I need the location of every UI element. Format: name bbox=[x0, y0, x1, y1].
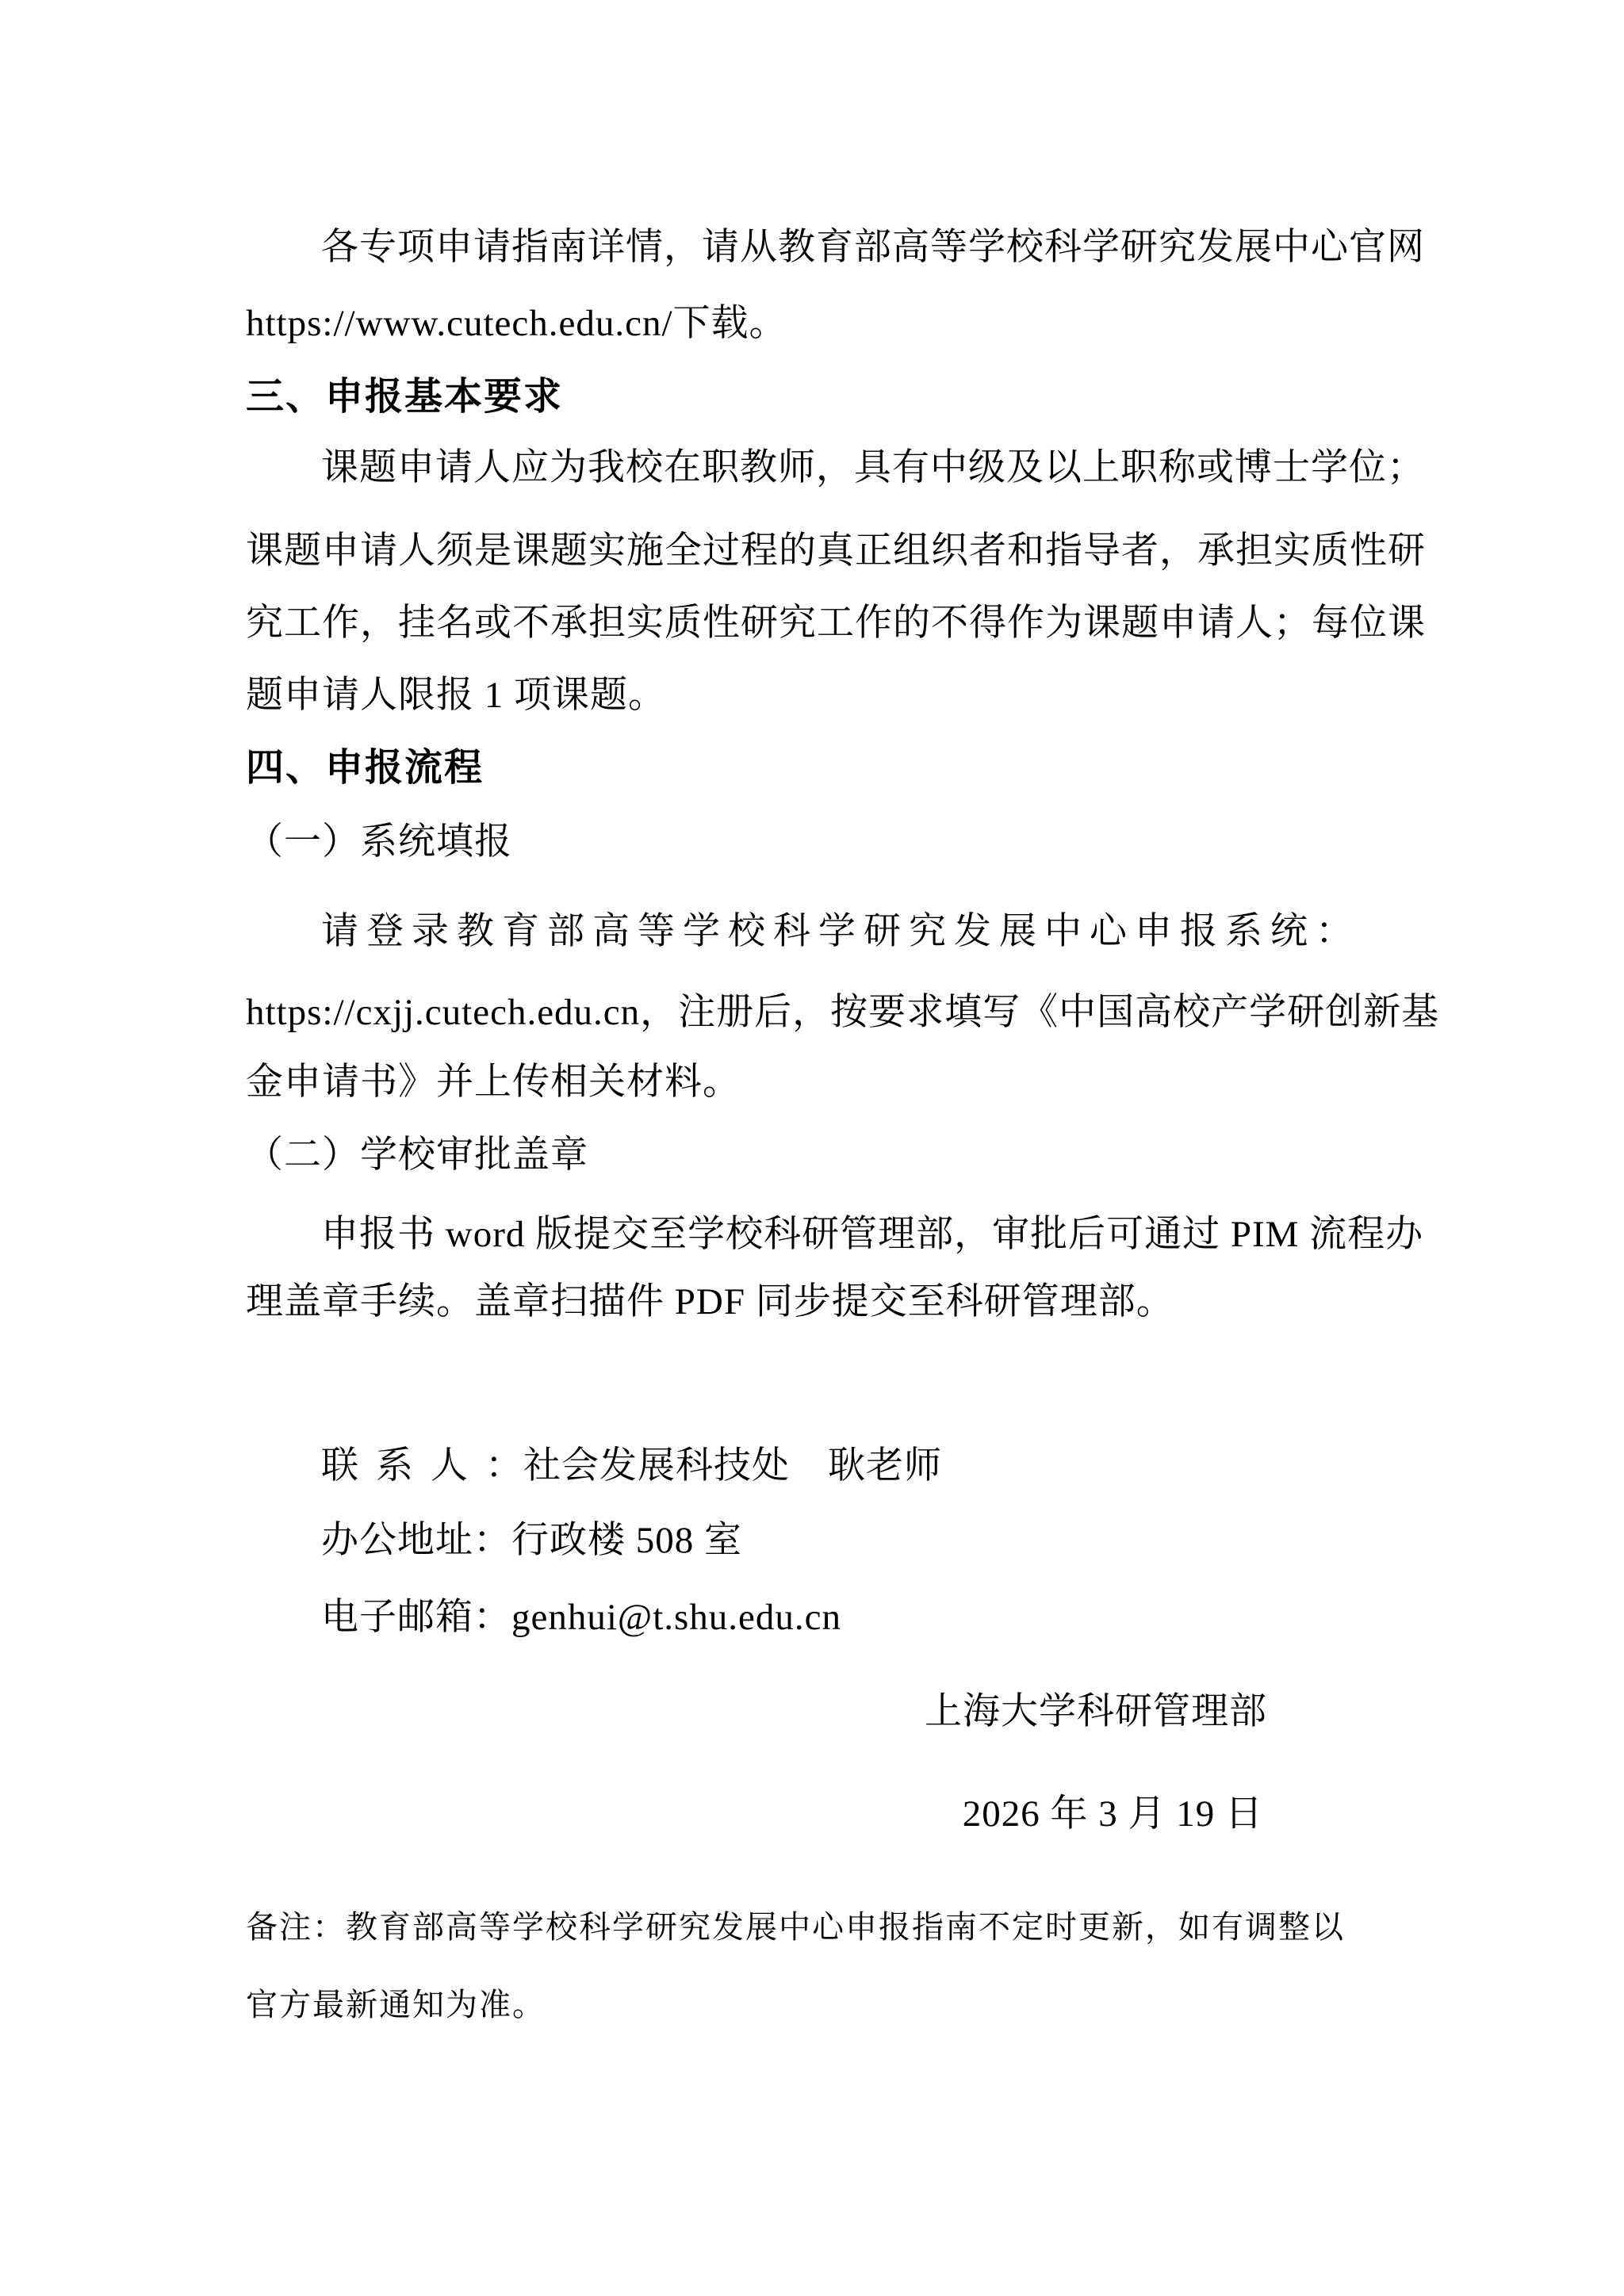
subsection-1-line-3: 金申请书》并上传相关材料。 bbox=[246, 1045, 1364, 1120]
section-3-line-4: 题申请人限报 1 项课题。 bbox=[246, 658, 1364, 733]
document-page: 各专项申请指南详情，请从教育部高等学校科学研究发展中心官网 https://ww… bbox=[0, 0, 1624, 2296]
contact-person-label: 联系人 bbox=[321, 1445, 485, 1487]
contact-person-line: 联系人：社会发展科技处耿老师 bbox=[246, 1429, 1439, 1504]
subsection-2-line-2: 理盖章手续。盖章扫描件 PDF 同步提交至科研管理部。 bbox=[246, 1265, 1364, 1340]
signature-date: 2026 年 3 月 19 日 bbox=[963, 1777, 1263, 1852]
subsection-1-heading: （一）系统填报 bbox=[246, 805, 1364, 880]
footnote-line-1: 备注：教育部高等学校科学研究发展中心申报指南不定时更新，如有调整以 bbox=[246, 1894, 1364, 1961]
section-3-line-3: 究工作，挂名或不承担实质性研究工作的不得作为课题申请人；每位课 bbox=[246, 586, 1364, 661]
contact-person-name: 耿老师 bbox=[828, 1445, 942, 1487]
subsection-2-line-1: 申报书 word 版提交至学校科研管理部，审批后可通过 PIM 流程办 bbox=[246, 1197, 1439, 1272]
subsection-1-line-2-url: https://cxjj.cutech.edu.cn，注册后，按要求填写《中国高… bbox=[246, 975, 1364, 1050]
contact-person-colon: ： bbox=[485, 1445, 523, 1487]
contact-person-value: 社会发展科技处 bbox=[523, 1445, 790, 1487]
contact-email-line: 电子邮箱：genhui@t.shu.edu.cn bbox=[246, 1580, 1439, 1655]
section-3-heading: 三、申报基本要求 bbox=[246, 359, 1364, 434]
intro-paragraph-line-2-url: https://www.cutech.edu.cn/下载。 bbox=[246, 286, 1364, 362]
contact-address-line: 办公地址：行政楼 508 室 bbox=[246, 1503, 1439, 1578]
intro-paragraph-line-1: 各专项申请指南详情，请从教育部高等学校科学研究发展中心官网 bbox=[246, 210, 1439, 285]
section-3-line-2: 课题申请人须是课题实施全过程的真正组织者和指导者，承担实质性研 bbox=[246, 514, 1364, 589]
section-3-line-1: 课题申请人应为我校在职教师，具有中级及以上职称或博士学位； bbox=[246, 430, 1439, 506]
footnote-line-2: 官方最新通知为准。 bbox=[246, 1972, 1364, 2038]
subsection-2-heading: （二）学校审批盖章 bbox=[246, 1118, 1364, 1193]
subsection-1-line-1: 请登录教育部高等学校科学研究发展中心申报系统： bbox=[246, 894, 1439, 970]
section-4-heading: 四、申报流程 bbox=[246, 730, 1364, 806]
signature-department: 上海大学科研管理部 bbox=[925, 1674, 1267, 1750]
